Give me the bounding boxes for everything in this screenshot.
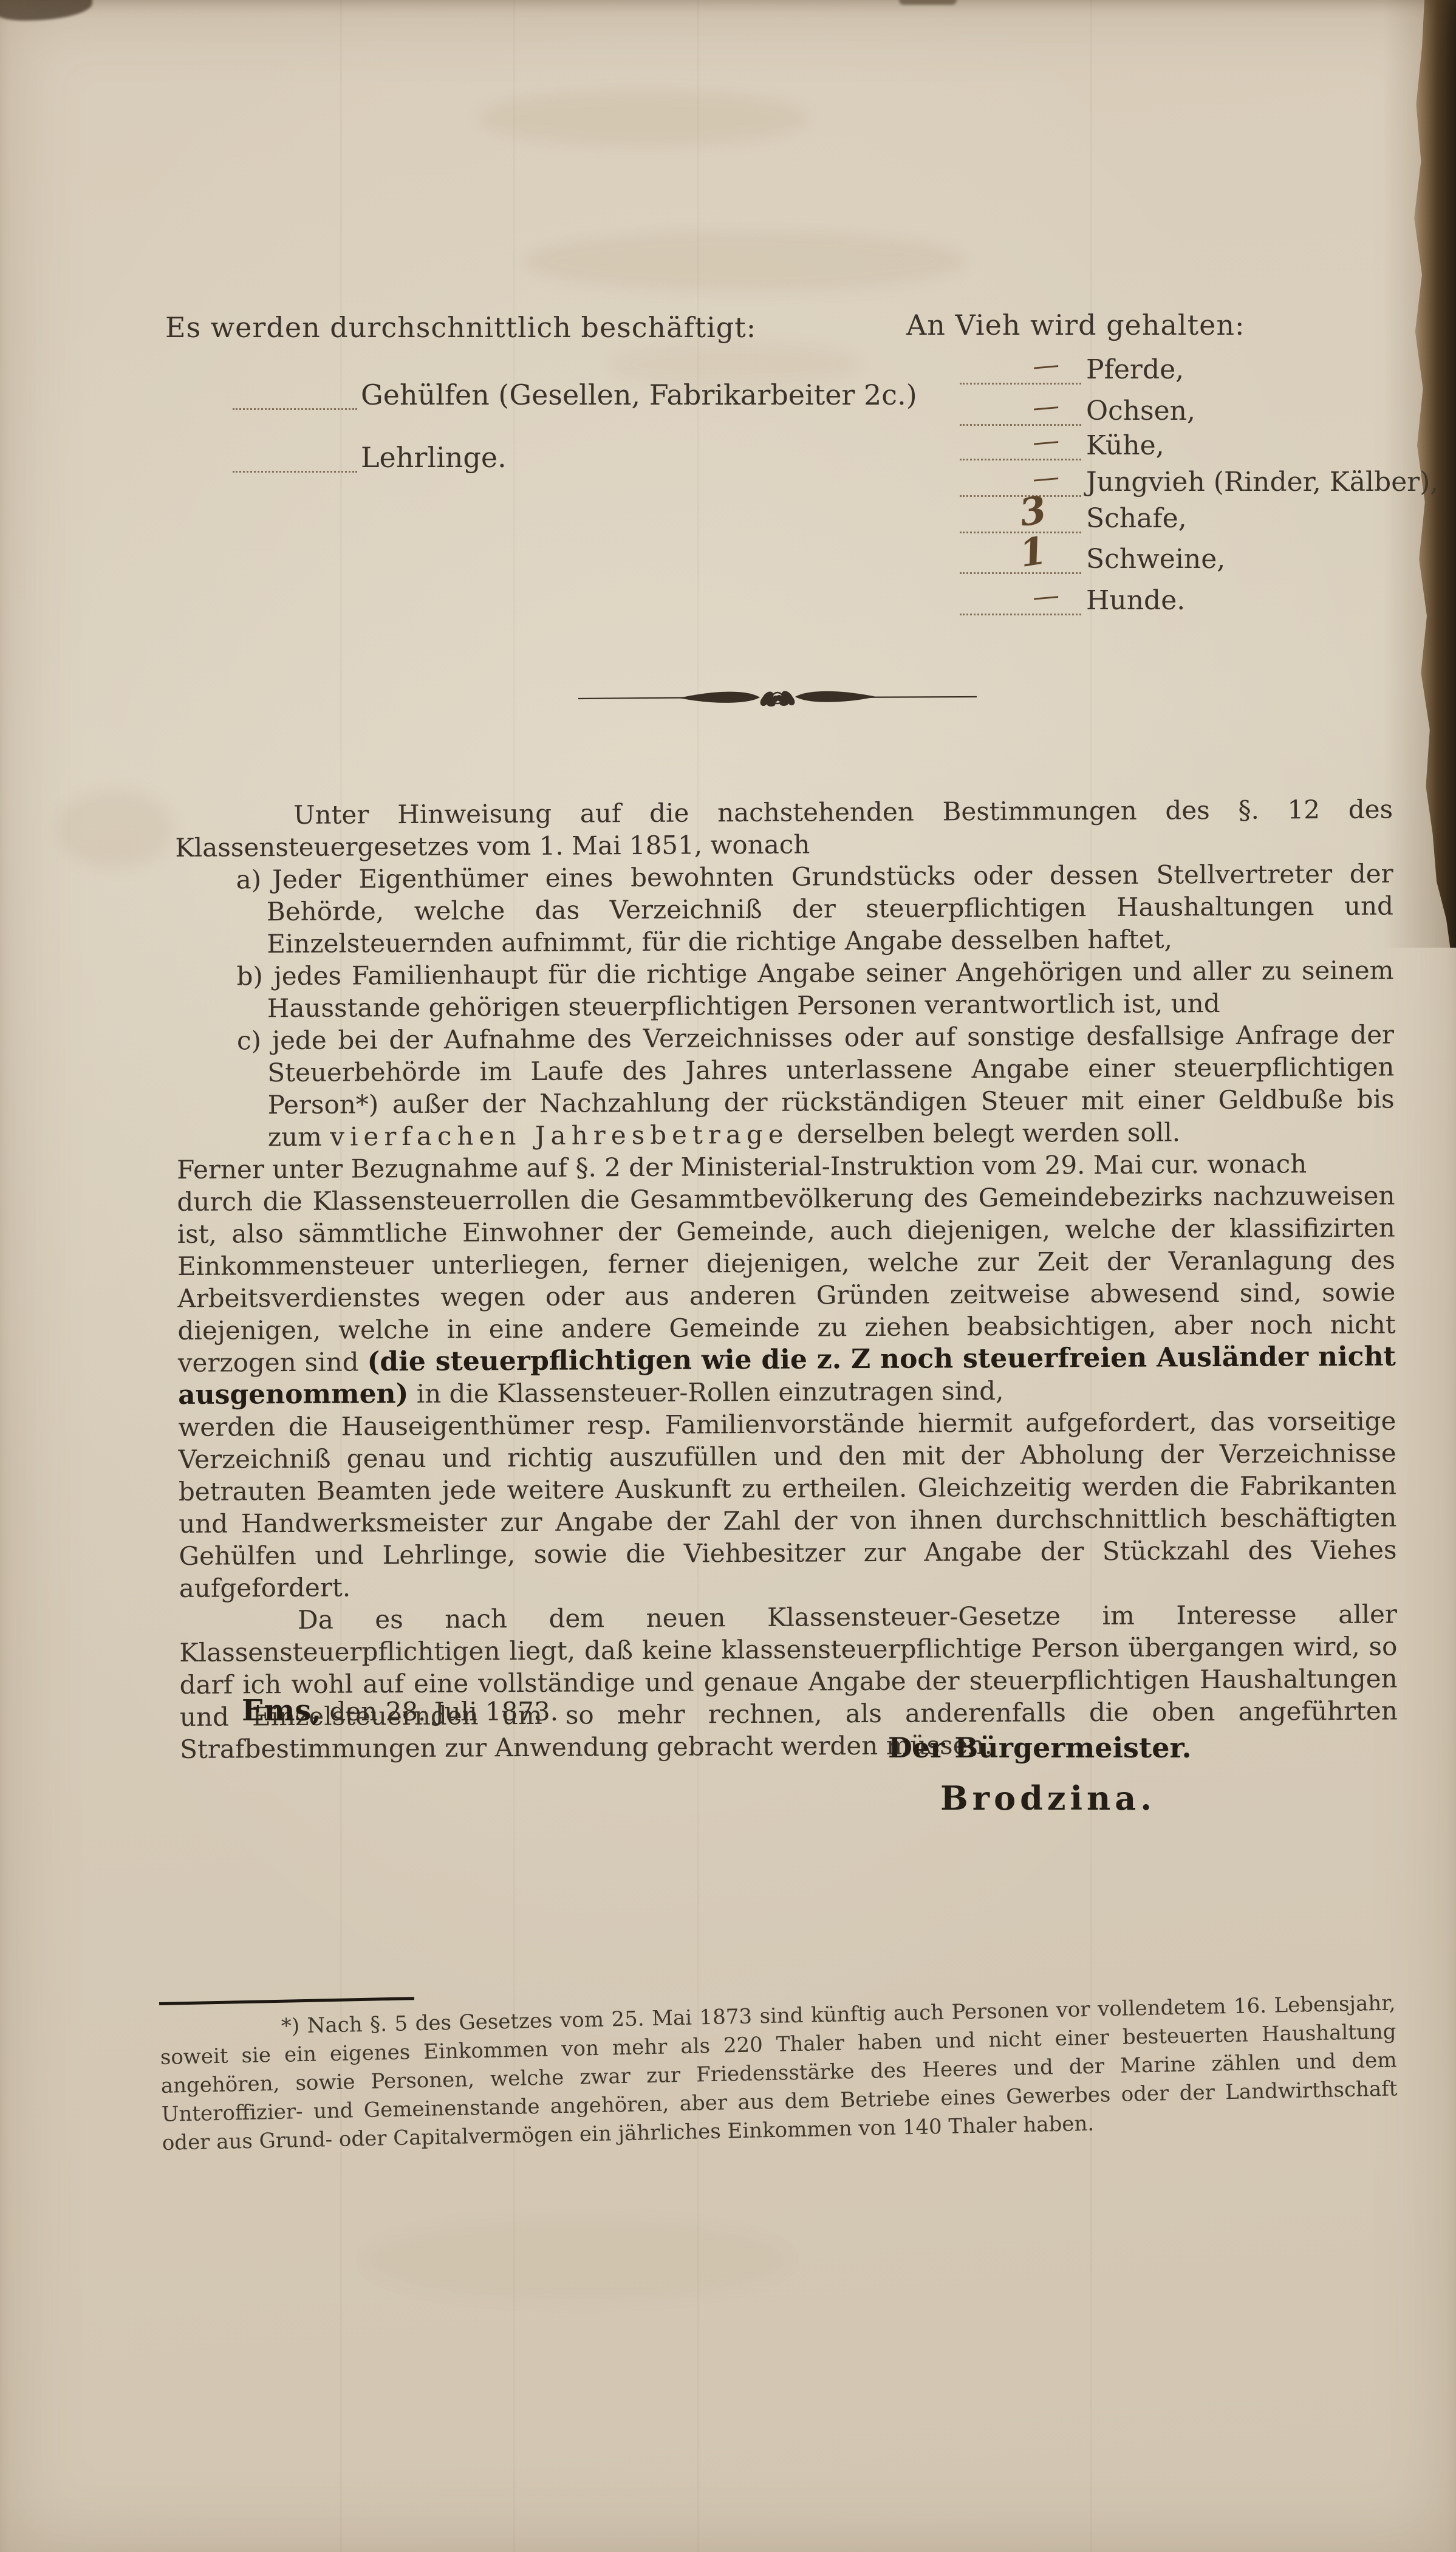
footnote-text: *) Nach §. 5 des Gesetzes vom 25. Mai 18…: [159, 1989, 1398, 2158]
intro-paragraph: Unter Hinweisung auf die nachstehenden B…: [175, 793, 1393, 864]
ink-bleed-ghost: [480, 91, 808, 146]
ink-bleed-ghost: [58, 790, 173, 869]
list-text: Jeder Eigenthümer eines bewohnten Grunds…: [267, 859, 1393, 959]
list-item-c: c)jede bei der Aufnahme des Verzeichniss…: [176, 1018, 1395, 1153]
livestock-label: Kühe,: [1086, 433, 1164, 460]
ornament-divider-icon: [577, 679, 978, 716]
handwritten-entry: —: [1031, 582, 1061, 611]
closing-paragraph: Da es nach dem neuen Klassensteuer-Geset…: [179, 1598, 1398, 1765]
list-label: b): [236, 961, 263, 991]
handwritten-entry: —: [1031, 427, 1061, 456]
footnote-rule: [159, 1997, 414, 2005]
livestock-row-hunde: — Hunde.: [960, 583, 1185, 615]
handwritten-entry: —: [1031, 351, 1061, 380]
list-item-b: b)jedes Familienhaupt für die richtige A…: [176, 954, 1394, 1024]
list-item-a: a)Jeder Eigenthümer eines bewohnten Grun…: [176, 858, 1394, 960]
body-text: Unter Hinweisung auf die nachstehenden B…: [175, 793, 1398, 1765]
livestock-heading: An Vieh wird gehalten:: [906, 309, 1245, 341]
clause-text: in die Klassensteuer-Rollen einzutragen …: [408, 1376, 1003, 1409]
fill-in-line: [233, 378, 357, 410]
signature-name: Brodzina.: [940, 1779, 1156, 1818]
employment-row-lehrlinge: Lehrlinge.: [233, 440, 507, 473]
fill-in-line: [233, 440, 357, 473]
list-label: c): [237, 1025, 261, 1055]
ink-bleed-ghost: [522, 231, 966, 292]
livestock-label: Hunde.: [1086, 587, 1185, 615]
list-label: a): [236, 864, 262, 894]
fill-in-line: —: [960, 428, 1081, 460]
employment-row-label: Gehülfen (Gesellen, Fabrikarbeiter 2c.): [361, 381, 917, 410]
livestock-label: Ochsen,: [1086, 398, 1195, 426]
fill-in-line: —: [960, 352, 1081, 385]
fill-in-line: —: [960, 583, 1081, 615]
list-text: derselben belegt werden soll.: [789, 1117, 1181, 1149]
livestock-row-kuehe: — Kühe,: [960, 428, 1164, 460]
indented-clause: durch die Klassensteuerrollen die Gesamm…: [177, 1179, 1396, 1411]
handwritten-entry: —: [1031, 392, 1061, 422]
fill-in-line: 3: [960, 501, 1081, 533]
footnote-block: *) Nach §. 5 des Gesetzes vom 25. Mai 18…: [159, 1976, 1398, 2158]
footnote-body: Nach §. 5 des Gesetzes vom 25. Mai 1873 …: [160, 1991, 1397, 2155]
fill-in-line: —: [960, 394, 1081, 426]
ink-bleed-ghost: [364, 2217, 790, 2302]
handwritten-entry: 1: [1017, 532, 1048, 573]
place-and-date: Ems, den 28. Juli 1873.: [242, 1694, 558, 1728]
employment-heading: Es werden durchschnittlich beschäftigt:: [165, 311, 756, 344]
request-paragraph: werden die Hauseigenthümer resp. Familie…: [178, 1404, 1397, 1604]
emphasized-spaced-text: vierfachen Jahresbetrage: [330, 1120, 789, 1152]
livestock-row-schafe: 3 Schafe,: [960, 501, 1187, 533]
livestock-label: Jungvieh (Rinder, Kälber),: [1086, 469, 1438, 497]
edge-stain: [899, 0, 957, 5]
employment-row-label: Lehrlinge.: [361, 443, 507, 473]
livestock-label: Pferde,: [1086, 357, 1184, 385]
fill-in-line: 1: [960, 542, 1081, 574]
scanned-document-page: Es werden durchschnittlich beschäftigt: …: [0, 0, 1456, 2552]
livestock-row-pferde: — Pferde,: [960, 352, 1184, 385]
livestock-row-schweine: 1 Schweine,: [960, 542, 1225, 574]
place-name: Ems,: [242, 1694, 321, 1728]
livestock-label: Schafe,: [1086, 505, 1187, 533]
employment-row-gehuelfen: Gehülfen (Gesellen, Fabrikarbeiter 2c.): [233, 378, 917, 410]
signature-title: Der Bürgermeister.: [888, 1731, 1192, 1764]
handwritten-entry: 3: [1017, 491, 1048, 532]
list-text: jedes Familienhaupt für die richtige Ang…: [267, 955, 1394, 1023]
livestock-row-ochsen: — Ochsen,: [960, 394, 1195, 426]
livestock-label: Schweine,: [1086, 546, 1225, 574]
corner-stain: [0, 0, 92, 21]
date-text: den 28. Juli 1873.: [321, 1697, 558, 1726]
footnote-marker: *): [281, 2014, 299, 2039]
